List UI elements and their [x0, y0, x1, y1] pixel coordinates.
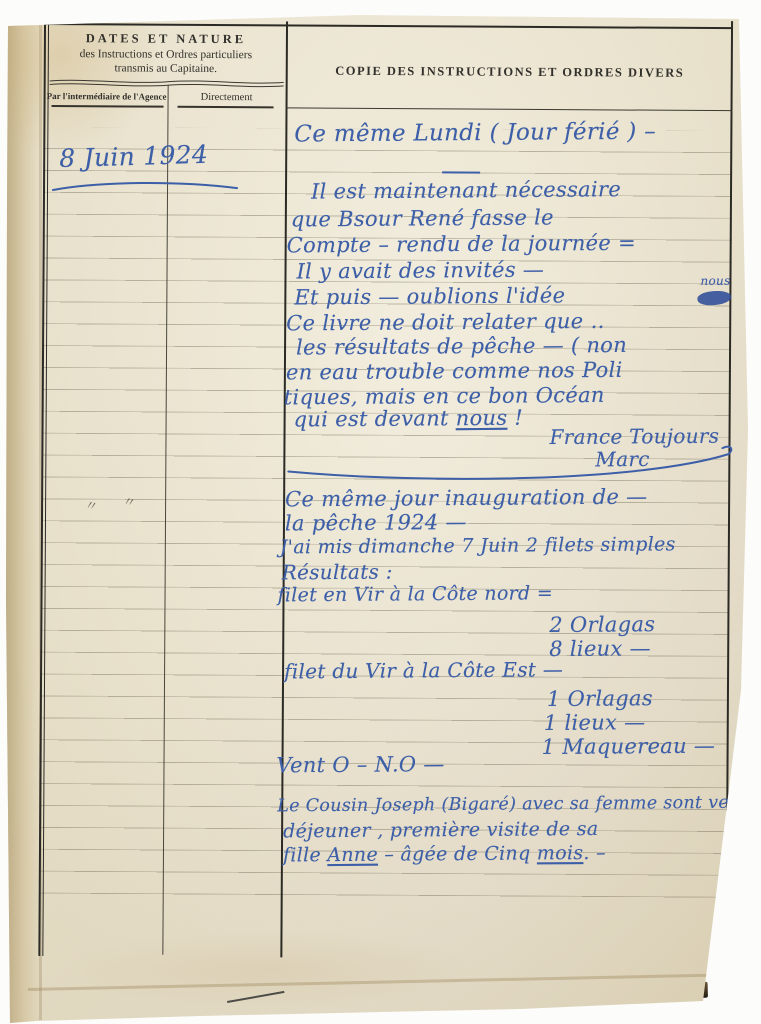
entry1-line: Il y avait des invités — — [296, 258, 544, 284]
col2-underline — [178, 106, 274, 109]
scanned-ledger-document: DATES ET NATURE des Instructions et Ordr… — [0, 0, 761, 1024]
entry1-line: les résultats de pêche — ( non — [296, 333, 627, 360]
entry3-line: fille Anne – âgée de Cinq mois. – — [283, 842, 606, 867]
table-top-border — [44, 23, 733, 29]
entry3-line-part: . – — [583, 842, 606, 864]
entry3-line: Le Cousin Joseph (Bigaré) avec sa femme … — [277, 793, 761, 817]
entry1-line-part: ! — [507, 406, 523, 430]
catch-item: 8 lieux — — [549, 636, 651, 661]
entry1-line: Et puis — oublions l'idée — [294, 283, 565, 309]
col1-underline — [52, 105, 164, 108]
left-header-title: DATES ET NATURE — [46, 31, 286, 47]
left-header-subtitle1: des Instructions et Ordres particuliers — [46, 48, 286, 61]
entry1-inserted-word: nous — [700, 274, 730, 288]
entry3-underlined-name: Anne — [327, 844, 378, 866]
entry3-underlined-word: mois — [537, 842, 584, 864]
wind-note: Vent O – N.O — — [276, 752, 444, 777]
right-header-title: COPIE DES INSTRUCTIONS ET ORDRES DIVERS — [287, 63, 733, 81]
word-underline — [442, 171, 480, 173]
left-header-subtitle2: transmis au Capitaine. — [46, 62, 286, 75]
entry3-line-part: fille — [283, 844, 328, 866]
entry2-line: Ce même jour inauguration de — — [285, 485, 647, 512]
entry2-line: la pêche 1924 — — [285, 510, 467, 535]
column-header-agency: Par l'intermédiaire de l'Agence — [46, 91, 168, 102]
entry1-underlined-word: nous — [456, 406, 508, 430]
entry1-line-part: qui est devant — [294, 406, 456, 431]
entry1-line: que Bsour René fasse le — [291, 205, 554, 231]
entry2-line: Résultats : — [282, 560, 393, 585]
margin-date: 8 Juin 1924 — [59, 140, 209, 173]
header-squiggle-rule — [48, 78, 286, 89]
entry1-line: Il est maintenant nécessaire — [311, 177, 621, 203]
signature-flourish — [280, 437, 748, 488]
entry1-line: qui est devant nous ! — [294, 406, 524, 432]
entry1-line: Ce livre ne doit relater que ‥ — [286, 309, 605, 336]
catch-item: 1 Maquereau — — [542, 734, 716, 759]
catch-item: 1 lieux — — [544, 710, 646, 735]
entry2-line: J'ai mis dimanche 7 Juin 2 filets simple… — [280, 533, 676, 558]
catch-item: 2 Orlagas — [549, 612, 655, 637]
right-header-rule — [287, 107, 733, 111]
entry2-line: filet du Vir à la Côte Est — — [284, 657, 563, 683]
catch-item: 1 Orlagas — [547, 686, 653, 711]
ledger-table: DATES ET NATURE des Instructions et Ordr… — [0, 0, 761, 1024]
entry1-line: Ce même Lundi ( Jour férié ) – — [294, 119, 656, 148]
date-underline-flourish — [49, 176, 244, 197]
entry2-line: filet en Vir à la Côte nord = — [277, 582, 553, 606]
entry3-line: déjeuner , première visite de sa — [283, 818, 599, 842]
ledger-page: DATES ET NATURE des Instructions et Ordr… — [0, 0, 761, 1024]
entry1-line: en eau trouble comme nos Poli — [286, 358, 623, 385]
entry3-line-part: – âgée de Cinq — [378, 842, 537, 865]
column-header-direct: Directement — [170, 92, 284, 104]
entry1-line: Compte – rendu de la journée = — [287, 231, 636, 258]
